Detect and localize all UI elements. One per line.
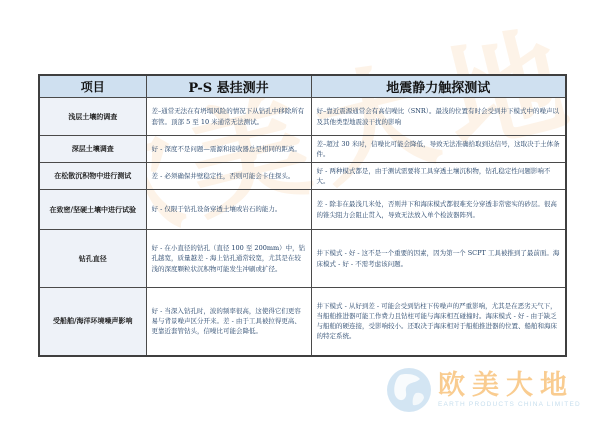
- company-logo: 欧美大地 EARTH PRODUCTS CHINA LIMITED: [386, 364, 586, 416]
- globe-icon: [386, 367, 432, 413]
- ps-cell: 好 - 仅限于钻孔设备穿透土壤或岩石的能力。: [146, 190, 311, 230]
- ps-cell: 好 - 深度不是问题—震源和接收器总是相同的距离。: [146, 136, 311, 163]
- header-seismic-cpt: 地震静力触探测试: [311, 75, 566, 98]
- scpt-cell: 好 - 两种模式都是，由于测试需要将工具穿透土壤沉积物，钻孔稳定性问题影响不大。: [311, 163, 566, 190]
- row-label: 受船舶/海洋环境噪声影响: [39, 288, 146, 356]
- header-ps-logging: P-S 悬挂测井: [146, 75, 311, 98]
- scpt-cell: 井下模式 - 从好到差 - 可能会受到钻柱下传噪声的严重影响，尤其是在恶劣天气下…: [311, 288, 566, 356]
- table-row: 受船舶/海洋环境噪声影响 好 - 当深入钻孔时，波的频率很高，这使得它们更容易与…: [39, 288, 566, 356]
- table-row: 在松散沉积物中进行测试 差 - 必须确保井壁稳定性，否则可能会卡住探头。 好 -…: [39, 163, 566, 190]
- table-header-row: 项目 P-S 悬挂测井 地震静力触探测试: [39, 75, 566, 98]
- header-item: 项目: [39, 75, 146, 98]
- logo-text-block: 欧美大地 EARTH PRODUCTS CHINA LIMITED: [438, 372, 581, 408]
- scpt-cell: 好–靠近震源通常会有高信噪比（SNR）。最浅的位置有时会受到井下模式中的噪声以及…: [311, 98, 566, 136]
- ps-cell: 差 - 必须确保井壁稳定性，否则可能会卡住探头。: [146, 163, 311, 190]
- logo-name-chinese: 欧美大地: [438, 372, 581, 399]
- comparison-table: 项目 P-S 悬挂测井 地震静力触探测试 浅层土壤的调查 差–通常无法在有坍塌风…: [38, 74, 567, 357]
- table-row: 浅层土壤的调查 差–通常无法在有坍塌风险的情况下从钻孔中移除所有套管。顶部 5 …: [39, 98, 566, 136]
- row-label: 钻孔直径: [39, 230, 146, 288]
- row-label: 浅层土壤的调查: [39, 98, 146, 136]
- ps-cell: 好 - 在小直径的钻孔（直径 100 至 200mm）中，钻孔越宽，质量越差 -…: [146, 230, 311, 288]
- scpt-cell: 差–超过 30 米时，信噪比可能会降低，导致无法准确拾取到达信号，这取决于土体条…: [311, 136, 566, 163]
- table-row: 钻孔直径 好 - 在小直径的钻孔（直径 100 至 200mm）中，钻孔越宽，质…: [39, 230, 566, 288]
- ps-cell: 好 - 当深入钻孔时，波的频率很高，这使得它们更容易与背景噪声区分开来。差 - …: [146, 288, 311, 356]
- row-label: 深层土壤调查: [39, 136, 146, 163]
- row-label: 在致密/坚硬土壤中进行试验: [39, 190, 146, 230]
- scpt-cell: 差 - 除非在最浅几米处，否则井下和海床模式都很难充分穿透非常密实的砂层。很高的…: [311, 190, 566, 230]
- table-row: 在致密/坚硬土壤中进行试验 好 - 仅限于钻孔设备穿透土壤或岩石的能力。 差 -…: [39, 190, 566, 230]
- ps-cell: 差–通常无法在有坍塌风险的情况下从钻孔中移除所有套管。顶部 5 至 10 米通常…: [146, 98, 311, 136]
- logo-name-english: EARTH PRODUCTS CHINA LIMITED: [438, 401, 581, 408]
- scpt-cell: 井下模式 - 好 - 这不是一个重要的因素，因为第一个 SCPT 工具被推到了最…: [311, 230, 566, 288]
- table-row: 深层土壤调查 好 - 深度不是问题—震源和接收器总是相同的距离。 差–超过 30…: [39, 136, 566, 163]
- document-page: 欧美大地 项目 P-S 悬挂测井 地震静力触探测试 浅层土壤的调查 差–通常无法…: [0, 0, 600, 424]
- row-label: 在松散沉积物中进行测试: [39, 163, 146, 190]
